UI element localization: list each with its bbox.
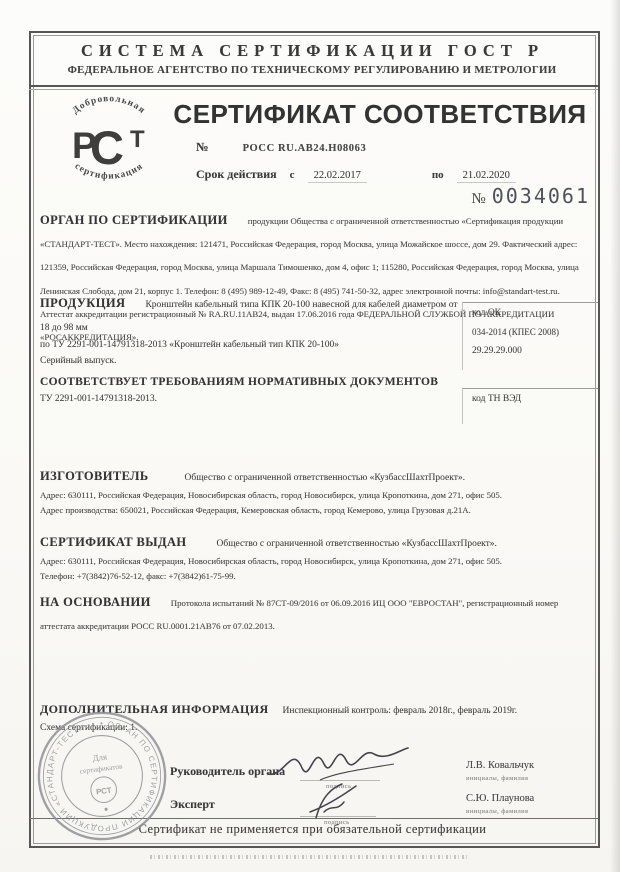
product-label: ПРОДУКЦИЯ (40, 296, 125, 310)
scan-edge-shadow (610, 0, 620, 872)
basis-label: НА ОСНОВАНИИ (40, 595, 151, 609)
certificate-page: СИСТЕМА СЕРТИФИКАЦИИ ГОСТ Р ФЕДЕРАЛЬНОЕ … (0, 0, 620, 872)
validity-to-date: 21.02.2020 (457, 170, 516, 183)
certificate-number-row: №РОСС RU.АВ24.Н08063 (196, 140, 366, 155)
blank-number: №0034061 (471, 184, 590, 208)
additional-info-text: Инспекционный контроль: февраль 2018г., … (283, 706, 518, 716)
stamp-center-line2: сертификатов (79, 761, 123, 775)
rst-logo: Добровольная сертификация Р С Т (50, 88, 168, 190)
logo-letter-t: Т (130, 126, 145, 153)
section-basis: НА ОСНОВАНИИПротокола испытаний № 87СТ-0… (40, 590, 590, 638)
manufacturer-label: ИЗГОТОВИТЕЛЬ (40, 469, 149, 483)
document-title: СЕРТИФИКАТ СООТВЕТСТВИЯ (168, 99, 592, 130)
product-code-box: код ОК 034-2014 (КПЕС 2008) 29.29.29.000 (462, 302, 598, 370)
expert-name: С.Ю. Плаунова (466, 793, 534, 804)
header-rule-thick (29, 85, 598, 87)
issued-to-line1: Общество с ограниченной ответственностью… (217, 539, 497, 549)
blank-number-value: 0034061 (492, 184, 590, 208)
stamp-center-line1: Для (92, 752, 108, 764)
section-manufacturer: ИЗГОТОВИТЕЛЬОбщество с ограниченной отве… (40, 464, 590, 519)
code-ok-value: 29.29.29.000 (472, 346, 598, 356)
conforms-label: СООТВЕТСТВУЕТ ТРЕБОВАНИЯМ НОРМАТИВНЫХ ДО… (40, 374, 458, 391)
validity-from-date: 22.02.2017 (308, 170, 367, 183)
manufacturer-line2: Адрес: 630111, Российская Федерация, Нов… (40, 489, 590, 502)
blank-number-sign: № (471, 191, 487, 207)
section-conforms: СООТВЕТСТВУЕТ ТРЕБОВАНИЯМ НОРМАТИВНЫХ ДО… (40, 374, 458, 408)
manufacturer-line3: Адрес производства: 650021, Российская Ф… (40, 504, 590, 517)
validity-label: Срок действия (196, 167, 277, 181)
manufacturer-line1: Общество с ограниченной ответственностью… (185, 473, 465, 483)
product-text3: Серийный выпуск. (40, 355, 458, 369)
tnved-code-box: код ТН ВЭД (462, 388, 598, 424)
expert-name-hint: инициалы, фамилия (466, 808, 528, 815)
validity-from-label: с (290, 169, 295, 181)
code-ok-standard: 034-2014 (КПЕС 2008) (472, 327, 598, 337)
validity-to-label: по (432, 169, 444, 181)
agency-line: ФЕДЕРАЛЬНОЕ АГЕНТСТВО ПО ТЕХНИЧЕСКОМУ РЕ… (36, 64, 588, 76)
expert-signature (302, 778, 362, 824)
validity-row: Срок действия с 22.02.2017 по 21.02.2020 (196, 167, 516, 182)
section-product: ПРОДУКЦИЯКронштейн кабельный типа КПК 20… (40, 291, 458, 371)
svg-text:Добровольная: Добровольная (71, 94, 147, 116)
section-issued-to: СЕРТИФИКАТ ВЫДАНОбщество с ограниченной … (40, 530, 590, 585)
issued-to-line3: Телефон: +7(3842)76-52-12, факс: +7(3842… (40, 570, 590, 583)
certificate-number: РОСС RU.АВ24.Н08063 (243, 143, 367, 154)
number-sign: № (196, 140, 209, 154)
stamp-center-mark: РСТ (96, 786, 113, 797)
product-text2: по ТУ 2291-001-14791318-2013 «Кронштейн … (40, 339, 458, 353)
fine-print (150, 855, 470, 859)
system-title: СИСТЕМА СЕРТИФИКАЦИИ ГОСТ Р (40, 41, 585, 61)
code-ok-label: код ОК (472, 308, 501, 318)
conforms-text: ТУ 2291-001-14791318-2013. (40, 393, 458, 407)
code-tnved-label: код ТН ВЭД (472, 394, 521, 404)
issued-to-label: СЕРТИФИКАТ ВЫДАН (40, 535, 187, 549)
expert-role-label: Эксперт (170, 797, 215, 812)
round-stamp: • ОРГАН ПО СЕРТИФИКАЦИИ ПРОДУКЦИИ «СТАНД… (25, 699, 179, 853)
logo-top-arc-text: Добровольная (71, 94, 147, 116)
issued-to-line2: Адрес: 630111, Российская Федерация, Нов… (40, 555, 590, 568)
head-name-hint: инициалы, фамилия (466, 775, 528, 782)
head-name: Л.В. Ковальчук (466, 760, 534, 771)
logo-letter-c: С (90, 121, 124, 174)
certification-body-label: ОРГАН ПО СЕРТИФИКАЦИИ (40, 213, 228, 227)
